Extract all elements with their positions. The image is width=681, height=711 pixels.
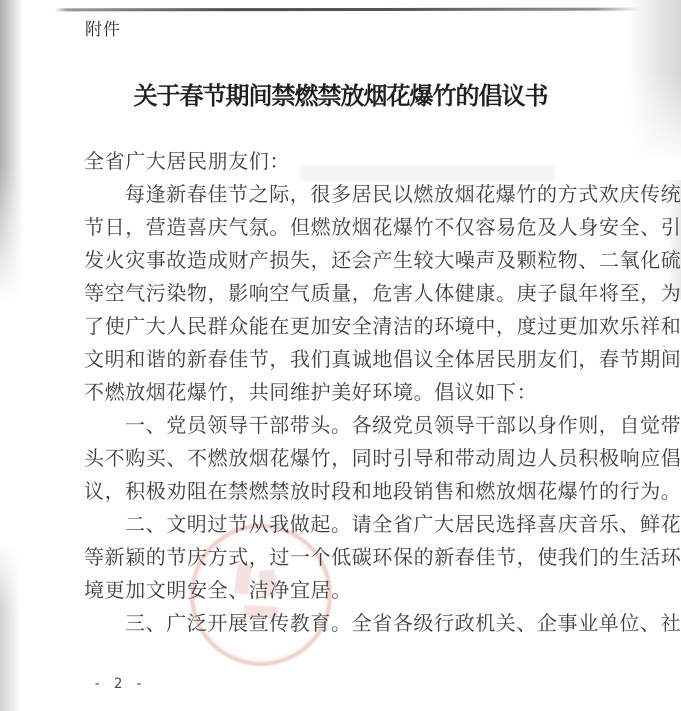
body-line: 等空气污染物，影响空气质量，危害人体健康。庚子鼠年将至，为 (84, 278, 644, 311)
scan-edge-left-top (0, 0, 23, 300)
body-line: 每逢新春佳节之际，很多居民以燃放烟花爆竹的方式欢庆传统 (84, 179, 644, 212)
body-line: 节日，营造喜庆气氛。但燃放烟花爆竹不仅容易危及人身安全、引 (84, 212, 644, 245)
page-number: - 2 - (93, 676, 145, 692)
document-title: 关于春节期间禁燃禁放烟花爆竹的倡议书 (0, 76, 681, 111)
body-line: 不燃放烟花爆竹，共同维护美好环境。倡议如下： (84, 377, 644, 410)
body-line: 议，积极劝阻在禁燃禁放时段和地段销售和燃放烟花爆竹的行为。 (84, 476, 644, 509)
body-line-item-3: 三、广泛开展宣传教育。全省各级行政机关、企事业单位、社 (84, 608, 644, 641)
body-line-item-1: 一、党员领导干部带头。各级党员领导干部以身作则，自觉带 (84, 410, 644, 443)
body-line: 等新颖的节庆方式，过一个低碳环保的新春佳节，使我们的生活环 (84, 542, 644, 575)
body-line: 发火灾事故造成财产损失，还会产生较大噪声及颗粒物、二氧化硫 (84, 245, 644, 278)
document-body: 全省广大居民朋友们： 每逢新春佳节之际，很多居民以燃放烟花爆竹的方式欢庆传统 节… (84, 146, 644, 641)
body-line: 文明和谐的新春佳节，我们真诚地倡议全体居民朋友们，春节期间 (84, 344, 644, 377)
scanned-page: 附件 关于春节期间禁燃禁放烟花爆竹的倡议书 全省广大居民朋友们： 每逢新春佳节之… (0, 0, 681, 711)
scan-edge-left-bottom (0, 545, 20, 711)
attachment-label: 附件 (85, 18, 121, 42)
body-line: 境更加文明安全、洁净宜居。 (84, 575, 644, 608)
scan-speck (663, 345, 665, 348)
salutation-line: 全省广大居民朋友们： (84, 146, 644, 179)
body-line-item-2: 二、文明过节从我做起。请全省广大居民选择喜庆音乐、鲜花 (84, 509, 644, 542)
scan-fold-line (55, 8, 641, 12)
body-line: 头不购买、不燃放烟花爆竹，同时引导和带动周边人员积极响应倡 (84, 443, 644, 476)
body-line: 了使广大人民群众能在更加安全清洁的环境中，度过更加欢乐祥和 (84, 311, 644, 344)
